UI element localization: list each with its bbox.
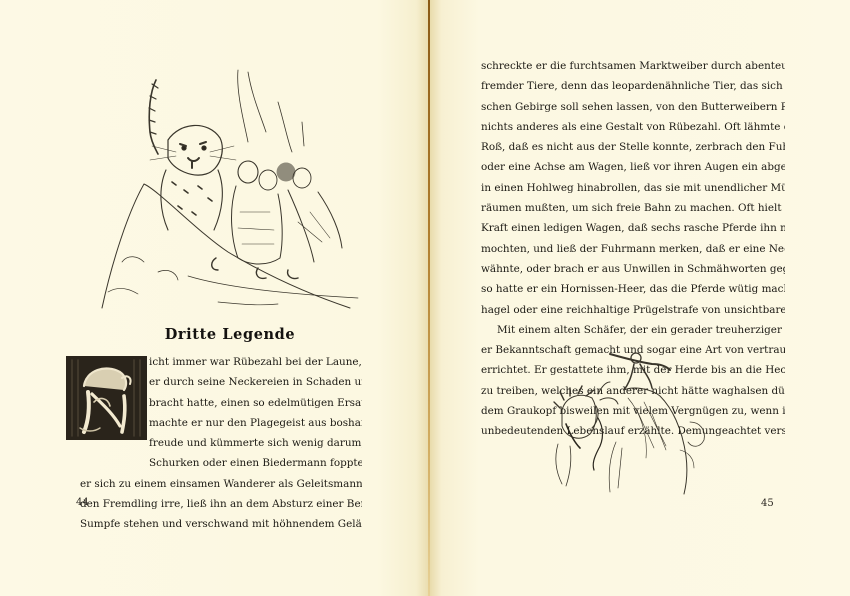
book-spread: Dritte Legende icht immer war Rübezahl b… <box>0 0 850 596</box>
text-line: er durch seine Neckereien in Schaden und… <box>149 372 362 392</box>
page-number-left: 44 <box>76 497 89 508</box>
text-line: er sich zu einem einsamen Wanderer als G… <box>80 474 362 494</box>
text-line: icht immer war Rübezahl bei der Laune, d… <box>149 352 362 372</box>
right-page: schreckte er die furchtsamen Marktweiber… <box>429 0 850 596</box>
text-line: Sumpfe stehen und verschwand mit höhnend… <box>80 514 362 534</box>
text-line: in einen Hohlweg hinabrollen, das sie mi… <box>481 178 785 198</box>
chapter-title: Dritte Legende <box>80 326 380 343</box>
text-line: nichts anderes als eine Gestalt von Rübe… <box>481 117 785 137</box>
text-line: Schurken oder einen Biedermann foppte. O… <box>149 453 362 473</box>
text-line: den Fremdling irre, ließ ihn an dem Abst… <box>80 494 362 514</box>
text-line: mochten, und ließ der Fuhrmann merken, d… <box>481 239 785 259</box>
text-line: schreckte er die furchtsamen Marktweiber… <box>481 56 785 76</box>
text-line: fremder Tiere, denn das leopardenähnlich… <box>481 76 785 96</box>
text-line: Roß, daß es nicht aus der Stelle konnte,… <box>481 137 785 157</box>
text-line: oder eine Achse am Wagen, ließ vor ihren… <box>481 157 785 177</box>
text-line: wähnte, oder brach er aus Unwillen in Sc… <box>481 259 785 279</box>
text-line: räumen mußten, um sich freie Bahn zu mac… <box>481 198 785 218</box>
text-line: schen Gebirge soll sehen lassen, von den… <box>481 97 785 117</box>
page-number-right: 45 <box>761 498 774 509</box>
text-line: so hatte er ein Hornissen-Heer, das die … <box>481 279 785 299</box>
text-line: freude und kümmerte sich wenig darum, ob… <box>149 433 362 453</box>
text-line: hagel oder eine reichhaltige Prügelstraf… <box>481 300 785 320</box>
leopard-illustration-icon <box>88 62 372 312</box>
left-page-body-text: icht immer war Rübezahl bei der Laune, d… <box>80 352 362 535</box>
book-gutter <box>428 0 430 596</box>
giant-illustration-icon <box>540 338 722 496</box>
left-page: Dritte Legende icht immer war Rübezahl b… <box>0 0 429 596</box>
text-line: machte er nur den Plagegeist aus boshaft… <box>149 413 362 433</box>
text-line: Kraft einen ledigen Wagen, daß sechs ras… <box>481 218 785 238</box>
text-line: bracht hatte, einen so edelmütigen Ersat… <box>149 393 362 413</box>
